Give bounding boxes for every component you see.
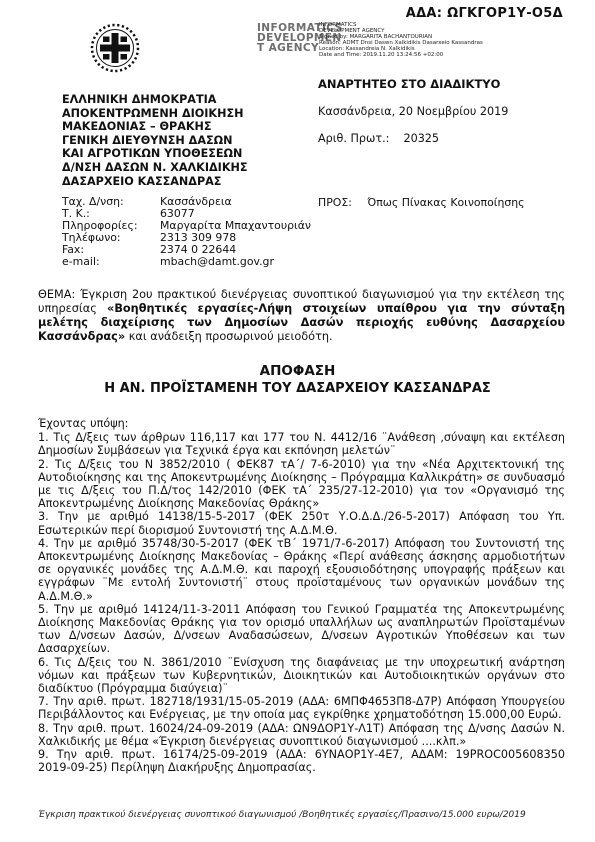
decision-subtitle: Η ΑΝ. ΠΡΟΪΣΤΑΜΕΝΗ ΤΟΥ ΔΑΣΑΡΧΕΙΟΥ ΚΑΣΣΑΝΔ… <box>0 381 595 396</box>
contact-row-email: e-mail: mbach@damt.gov.gr <box>62 256 311 268</box>
contact-row-information: Πληροφορίες: Μαργαρίτα Μπαχαντουριάν <box>62 220 311 232</box>
legal-basis-item: 9. Την αριθ. πρωτ. 16174/25-09-2019 (ΑΔΑ… <box>38 748 565 774</box>
protocol-number-row: Αριθ. Πρωτ.:20325 <box>318 132 439 145</box>
legal-basis-item: 8. Την αριθ. πρωτ. 16024/24-09-2019 (ΑΔΑ… <box>38 722 565 748</box>
decision-heading-block: ΑΠΟΦΑΣΗ Η ΑΝ. ΠΡΟΪΣΤΑΜΕΝΗ ΤΟΥ ΔΑΣΑΡΧΕΙΟΥ… <box>0 363 595 396</box>
legal-basis-item: 6. Τις Δ/ξεις του Ν. 3861/2010 ¨Ενίσχυση… <box>38 656 565 696</box>
legal-basis-item: 3. Την με αριθμό 14138/15-5-2017 (ΦΕΚ 25… <box>38 510 565 536</box>
considering-intro: Έχοντας υπόψη: <box>38 417 565 430</box>
agency-line: ΕΛΛΗΝΙΚΗ ΔΗΜΟΚΡΑΤΙΑ <box>62 93 248 107</box>
recipient-label: ΠΡΟΣ: <box>318 196 352 209</box>
agency-line: ΑΠΟΚΕΝΤΡΩΜΕΝΗ ΔΙΟΙΚΗΣΗ <box>62 107 248 121</box>
subject-outro: και ανάδειξη προσωρινού μειοδότη. <box>125 330 332 343</box>
protocol-label: Αριθ. Πρωτ.: <box>318 132 389 145</box>
legal-basis-section: Έχοντας υπόψη: 1. Τις Δ/ξεις των άρθρων … <box>38 417 565 774</box>
agency-line: ΜΑΚΕΔΟΝΙΑΣ – ΘΡΑΚΗΣ <box>62 120 248 134</box>
email-value: mbach@damt.gov.gr <box>160 256 274 268</box>
contact-row-fax: Fax: 2374 0 22644 <box>62 244 311 256</box>
agency-line: ΔΑΣΑΡΧΕΙΟ ΚΑΣΣΑΝΔΡΑΣ <box>62 175 248 189</box>
contact-details-block: Ταχ. Δ/νση: Κασσάνδρεια Τ. Κ.: 63077 Πλη… <box>62 196 311 267</box>
anartiteo-heading: ΑΝΑΡΤΗΤΕΟ ΣΤΟ ΔΙΑΔΙΚΤΥΟ <box>318 77 500 91</box>
agency-line: ΚΑΙ ΑΓΡΟΤΙΚΩΝ ΥΠΟΘΕΣΕΩΝ <box>62 147 248 161</box>
legal-basis-item: 2. Τις Δ/ξεις του Ν 3852/2010 ( ΦΕΚ87 τΑ… <box>38 458 565 511</box>
issuing-authority-block: ΕΛΛΗΝΙΚΗ ΔΗΜΟΚΡΑΤΙΑ ΑΠΟΚΕΝΤΡΩΜΕΝΗ ΔΙΟΙΚΗ… <box>62 93 248 188</box>
document-page: ΑΔΑ: ΩΓΚΓΟΡ1Υ-Ο5Δ INFORMATICS DEVELOPMEN… <box>0 0 595 842</box>
legal-basis-item: 1. Τις Δ/ξεις των άρθρων 116,117 και 177… <box>38 431 565 457</box>
footer-reference-line: Έγκριση πρακτικού διενέργειας συνοπτικού… <box>38 810 565 820</box>
recipient-value: Όπως Πίνακας Κοινοποίησης <box>367 196 524 209</box>
place-and-date: Κασσάνδρεια, 20 Νοεμβρίου 2019 <box>318 105 508 118</box>
contact-row-phone: Τηλέφωνο: 2313 309 978 <box>62 232 311 244</box>
stamp-signature-details: INFORMATICS DEVELOPMENT AGENCY Signed by… <box>319 23 489 58</box>
protocol-number: 20325 <box>403 132 439 145</box>
legal-basis-item: 5. Την με αριθμό 14124/11-3-2011 Απόφαση… <box>38 603 565 656</box>
ada-code: ΑΔΑ: ΩΓΚΓΟΡ1Υ-Ο5Δ <box>406 6 563 21</box>
agency-line: ΓΕΝΙΚΗ ΔΙΕΥΘΥΝΣΗ ΔΑΣΩΝ <box>62 134 248 148</box>
agency-line: Δ/ΝΣΗ ΔΑΣΩΝ Ν. ΧΑΛΚΙΔΙΚΗΣ <box>62 161 248 175</box>
subject-label: ΘΕΜΑ: <box>38 288 75 301</box>
digital-signature-stamp: INFORMATICS DEVELOPMEN T AGENCY INFORMAT… <box>257 23 467 63</box>
legal-basis-item: 4. Την με αριθμό 35748/30-5-2017 (ΦΕΚ τΒ… <box>38 537 565 603</box>
subject-paragraph: ΘΕΜΑ: Έγκριση 2ου πρακτικού διενέργειας … <box>38 288 565 344</box>
legal-basis-item: 7. Την αριθ. πρωτ. 182718/1931/15-05-201… <box>38 695 565 721</box>
recipient-row: ΠΡΟΣ: Όπως Πίνακας Κοινοποίησης <box>318 196 525 209</box>
greek-national-emblem-icon <box>88 20 142 76</box>
decision-title: ΑΠΟΦΑΣΗ <box>0 363 595 379</box>
